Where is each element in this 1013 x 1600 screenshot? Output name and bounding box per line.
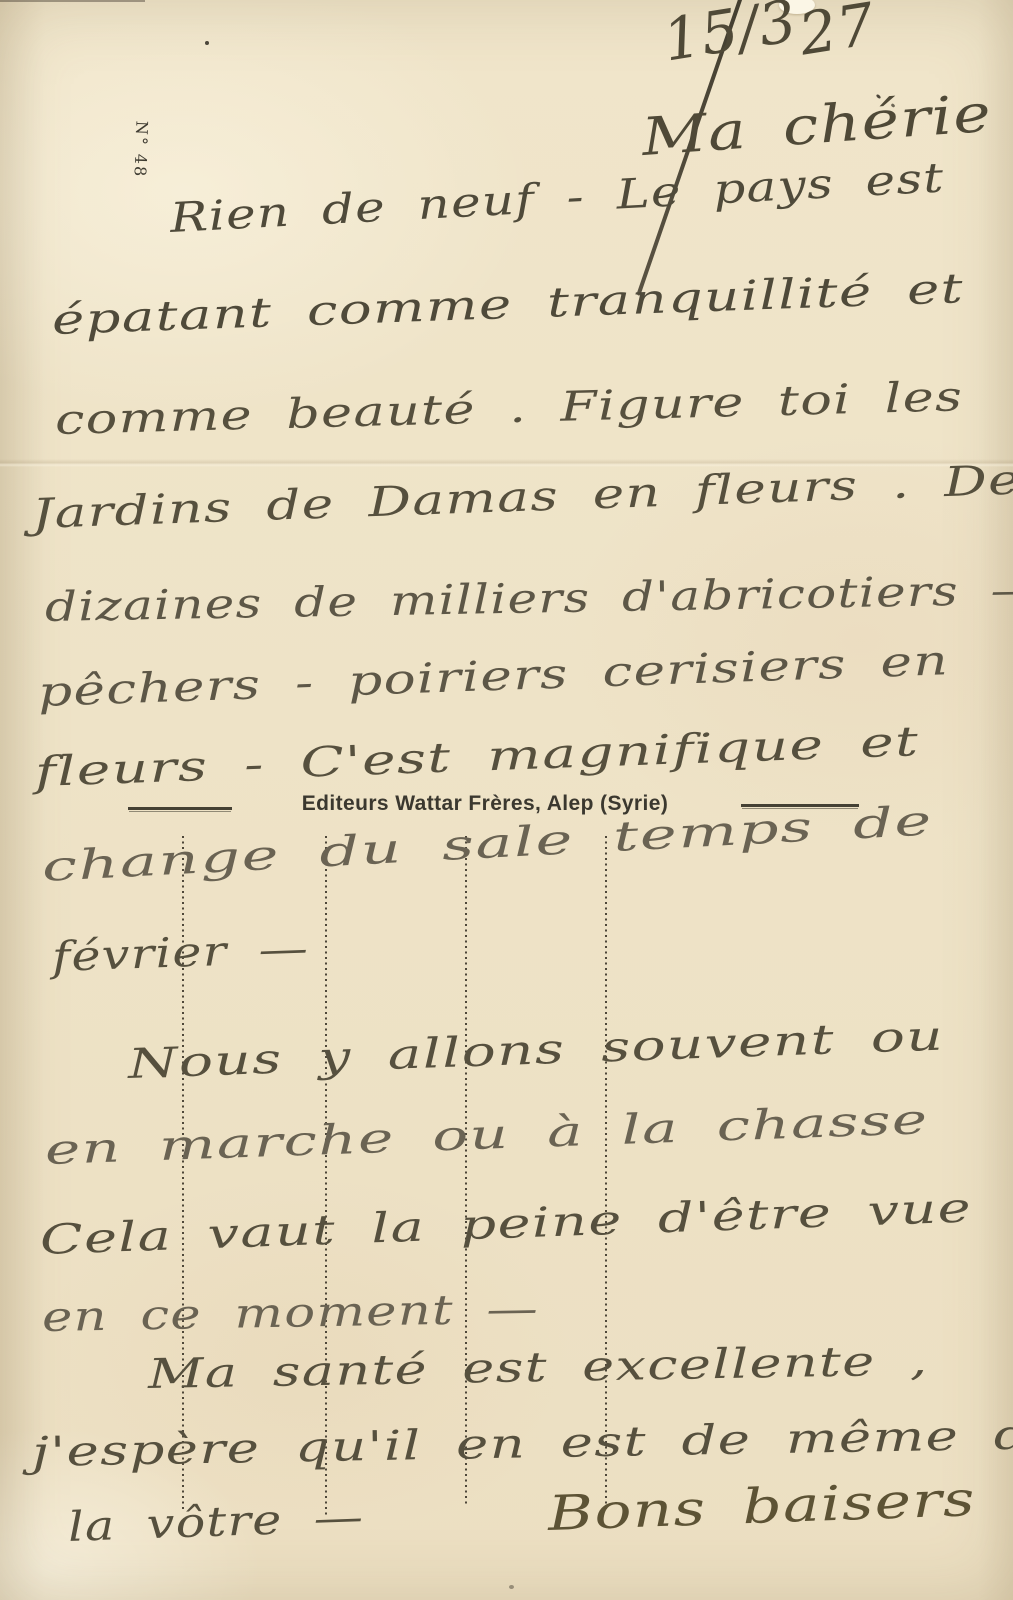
address-divider-dotted-line (465, 836, 467, 1504)
date-year: 27 (795, 0, 880, 67)
handwritten-line: Rien de neuf - Le pays est (169, 155, 946, 241)
handwritten-line: pêchers - poiriers cerisiers en (37, 638, 949, 715)
handwritten-line: comme beauté . Figure toi les (54, 374, 963, 443)
address-divider-dotted-line (605, 836, 607, 1512)
ink-speck (205, 41, 209, 45)
handwritten-line: Jardins de Damas en fleurs . Des (31, 456, 1013, 537)
handwritten-line: la vôtre — (67, 1495, 365, 1550)
date-day-month: 15/3 (659, 0, 802, 73)
handwritten-line: épatant comme tranquillité et (51, 266, 964, 343)
postcard-back: N° 48 15/3 27 Ma chérie Rien de neuf - L… (0, 0, 1013, 1600)
printed-card-number: N° 48 (130, 104, 152, 195)
handwritten-line: février — (51, 926, 309, 980)
address-divider-dotted-line (325, 836, 327, 1515)
handwritten-line: Cela vaut la peine d'être vue (39, 1185, 972, 1263)
printed-rule-left (128, 807, 232, 810)
ink-speck (509, 1585, 514, 1589)
handwritten-line: dizaines de milliers d'abricotiers — (45, 568, 1013, 630)
signature: Bons baisers (547, 1473, 976, 1541)
handwritten-line: en ce moment — (42, 1286, 540, 1340)
paper-edge-shadow (0, 0, 145, 2)
handwritten-line: fleurs - C'est magnifique et (34, 719, 920, 795)
handwritten-line: Nous y allons souvent ou (127, 1014, 945, 1088)
handwritten-line: j'espère qu'il en est de même de (32, 1412, 1013, 1475)
handwritten-line: Ma santé est excellente , (148, 1338, 929, 1397)
handwritten-line: en marche ou à la chasse (44, 1097, 929, 1173)
